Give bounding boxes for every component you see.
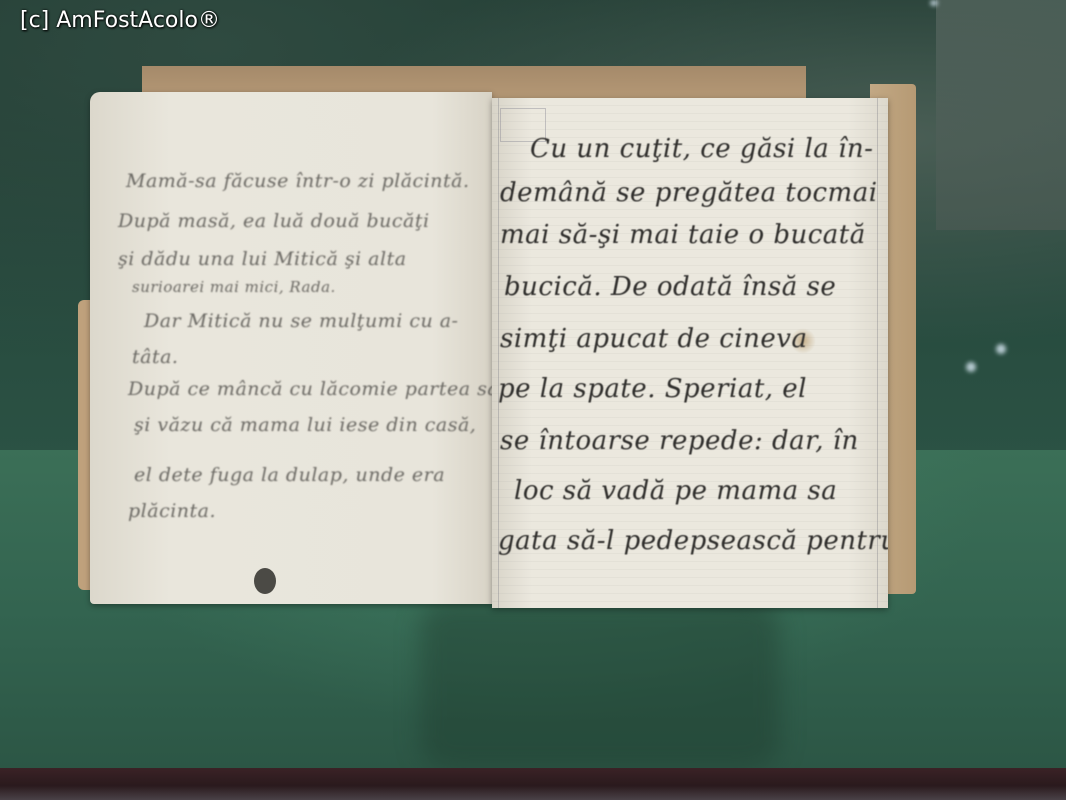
handwriting-line: mai să-şi mai taie o bucată [500, 220, 866, 250]
handwriting-line: demână se pregătea tocmai [500, 178, 878, 208]
handwriting-line: loc să vadă pe mama sa [514, 476, 837, 506]
handwriting-line: bucică. De odată însă se [504, 272, 836, 302]
handwriting-line: pe la spate. Speriat, el [498, 374, 807, 404]
handwriting-line: plăcinta. [128, 500, 216, 522]
photo-scene: Mamă-sa făcuse într-o zi plăcintă. După … [0, 0, 1066, 800]
handwriting-line: gata să-l pedepsească pentru [498, 526, 888, 556]
reflection-dot [930, 0, 938, 6]
page-hole [254, 568, 276, 594]
copyright-watermark: [c] AmFostAcolo® [20, 8, 220, 33]
handwriting-line: simţi apucat de cineva [500, 324, 808, 354]
handwriting-line: şi dădu una lui Mitică şi alta [118, 248, 407, 270]
reflection-dot [996, 344, 1006, 354]
handwriting-line: surioarei mai mici, Rada. [132, 278, 336, 296]
handwriting-line: După ce mâncă cu lăcomie partea sa [128, 378, 492, 400]
display-case-frame [0, 768, 1066, 800]
notebook-right-page: Cu un cuţit, ce găsi la în- demână se pr… [492, 98, 888, 608]
handwriting-line: Cu un cuţit, ce găsi la în- [530, 134, 873, 164]
handwriting-line: el dete fuga la dulap, unde era [134, 464, 445, 486]
handwriting-line: După masă, ea luă două bucăţi [118, 210, 430, 232]
glass-reflection [936, 0, 1066, 230]
felt-shadow [420, 600, 780, 770]
handwriting-line: Dar Mitică nu se mulţumi cu a- [144, 310, 458, 332]
handwriting-line: tâta. [132, 346, 178, 368]
reflection-dot [966, 362, 976, 372]
handwriting-line: şi văzu că mama lui iese din casă, [134, 414, 476, 436]
notebook-left-page: Mamă-sa făcuse într-o zi plăcintă. După … [90, 92, 492, 604]
handwriting-line: Mamă-sa făcuse într-o zi plăcintă. [126, 170, 470, 192]
handwriting-line: se întoarse repede: dar, în [500, 426, 859, 456]
